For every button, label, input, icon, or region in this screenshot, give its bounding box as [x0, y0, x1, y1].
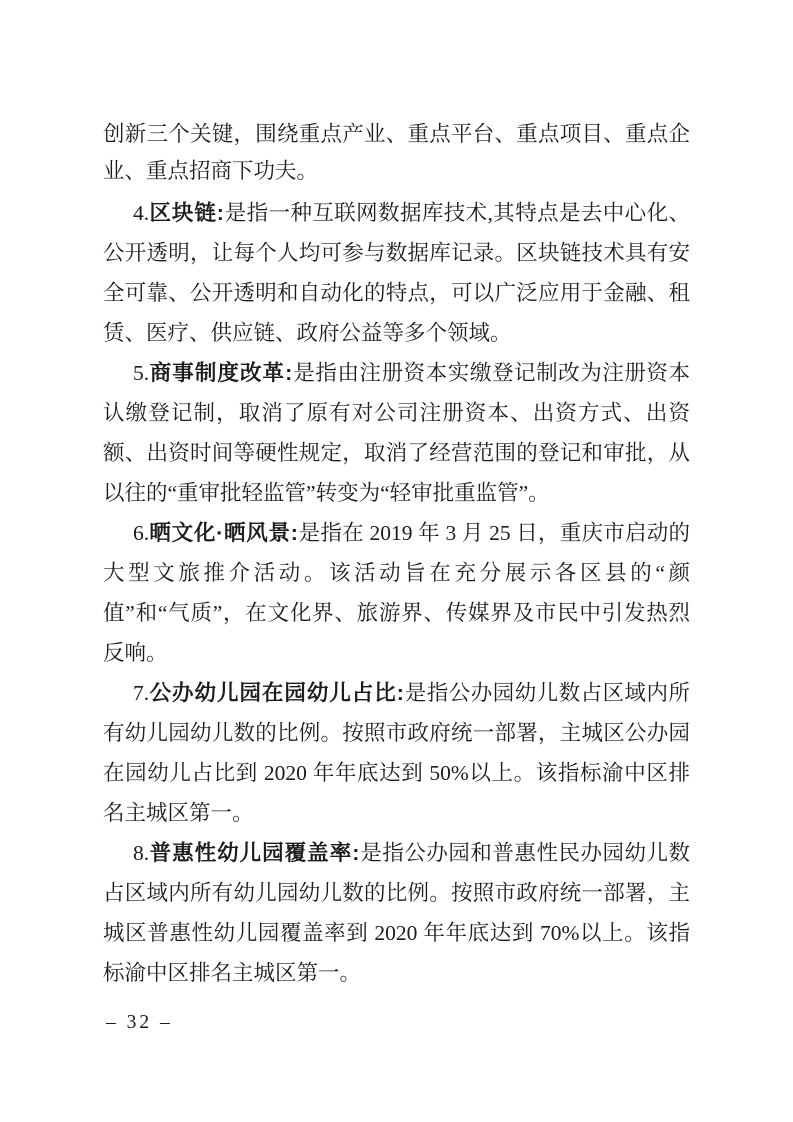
definition-paragraph-business-reform: 5.商事制度改革:是指由注册资本实缴登记制改为注册资本认缴登记制，取消了原有对公… — [103, 353, 690, 513]
item-number: 8. — [133, 841, 149, 865]
term-label: 普惠性幼儿园覆盖率: — [149, 841, 360, 865]
item-number: 7. — [133, 681, 149, 705]
paragraph-text: 创新三个关键，围绕重点产业、重点平台、重点项目、重点企业、重点招商下功夫。 — [103, 122, 690, 183]
document-page: 创新三个关键，围绕重点产业、重点平台、重点项目、重点企业、重点招商下功夫。 4.… — [0, 0, 793, 1122]
item-number: 5. — [133, 361, 149, 385]
document-body: 创新三个关键，围绕重点产业、重点平台、重点项目、重点企业、重点招商下功夫。 4.… — [103, 116, 690, 993]
term-label: 区块链: — [149, 201, 224, 225]
item-number: 6. — [133, 521, 149, 545]
page-number-text: – 32 – — [106, 1012, 173, 1033]
definition-paragraph-public-kindergarten: 7.公办幼儿园在园幼儿占比:是指公办园幼儿数占区域内所有幼儿园幼儿数的比例。按照… — [103, 673, 690, 833]
definition-paragraph-blockchain: 4.区块链:是指一种互联网数据库技术,其特点是去中心化、公开透明，让每个人均可参… — [103, 193, 690, 353]
definition-paragraph-inclusive-kindergarten: 8.普惠性幼儿园覆盖率:是指公办园和普惠性民办园幼儿数占区域内所有幼儿园幼儿数的… — [103, 833, 690, 993]
term-label: 晒文化·晒风景: — [149, 521, 298, 545]
paragraph-continuation: 创新三个关键，围绕重点产业、重点平台、重点项目、重点企业、重点招商下功夫。 — [103, 116, 690, 190]
term-label: 公办幼儿园在园幼儿占比: — [149, 681, 404, 705]
page-number: – 32 – — [106, 1004, 173, 1042]
term-label: 商事制度改革: — [149, 361, 293, 385]
definition-paragraph-culture-scenery: 6.晒文化·晒风景:是指在 2019 年 3 月 25 日，重庆市启动的大型文旅… — [103, 513, 690, 673]
item-number: 4. — [133, 201, 149, 225]
